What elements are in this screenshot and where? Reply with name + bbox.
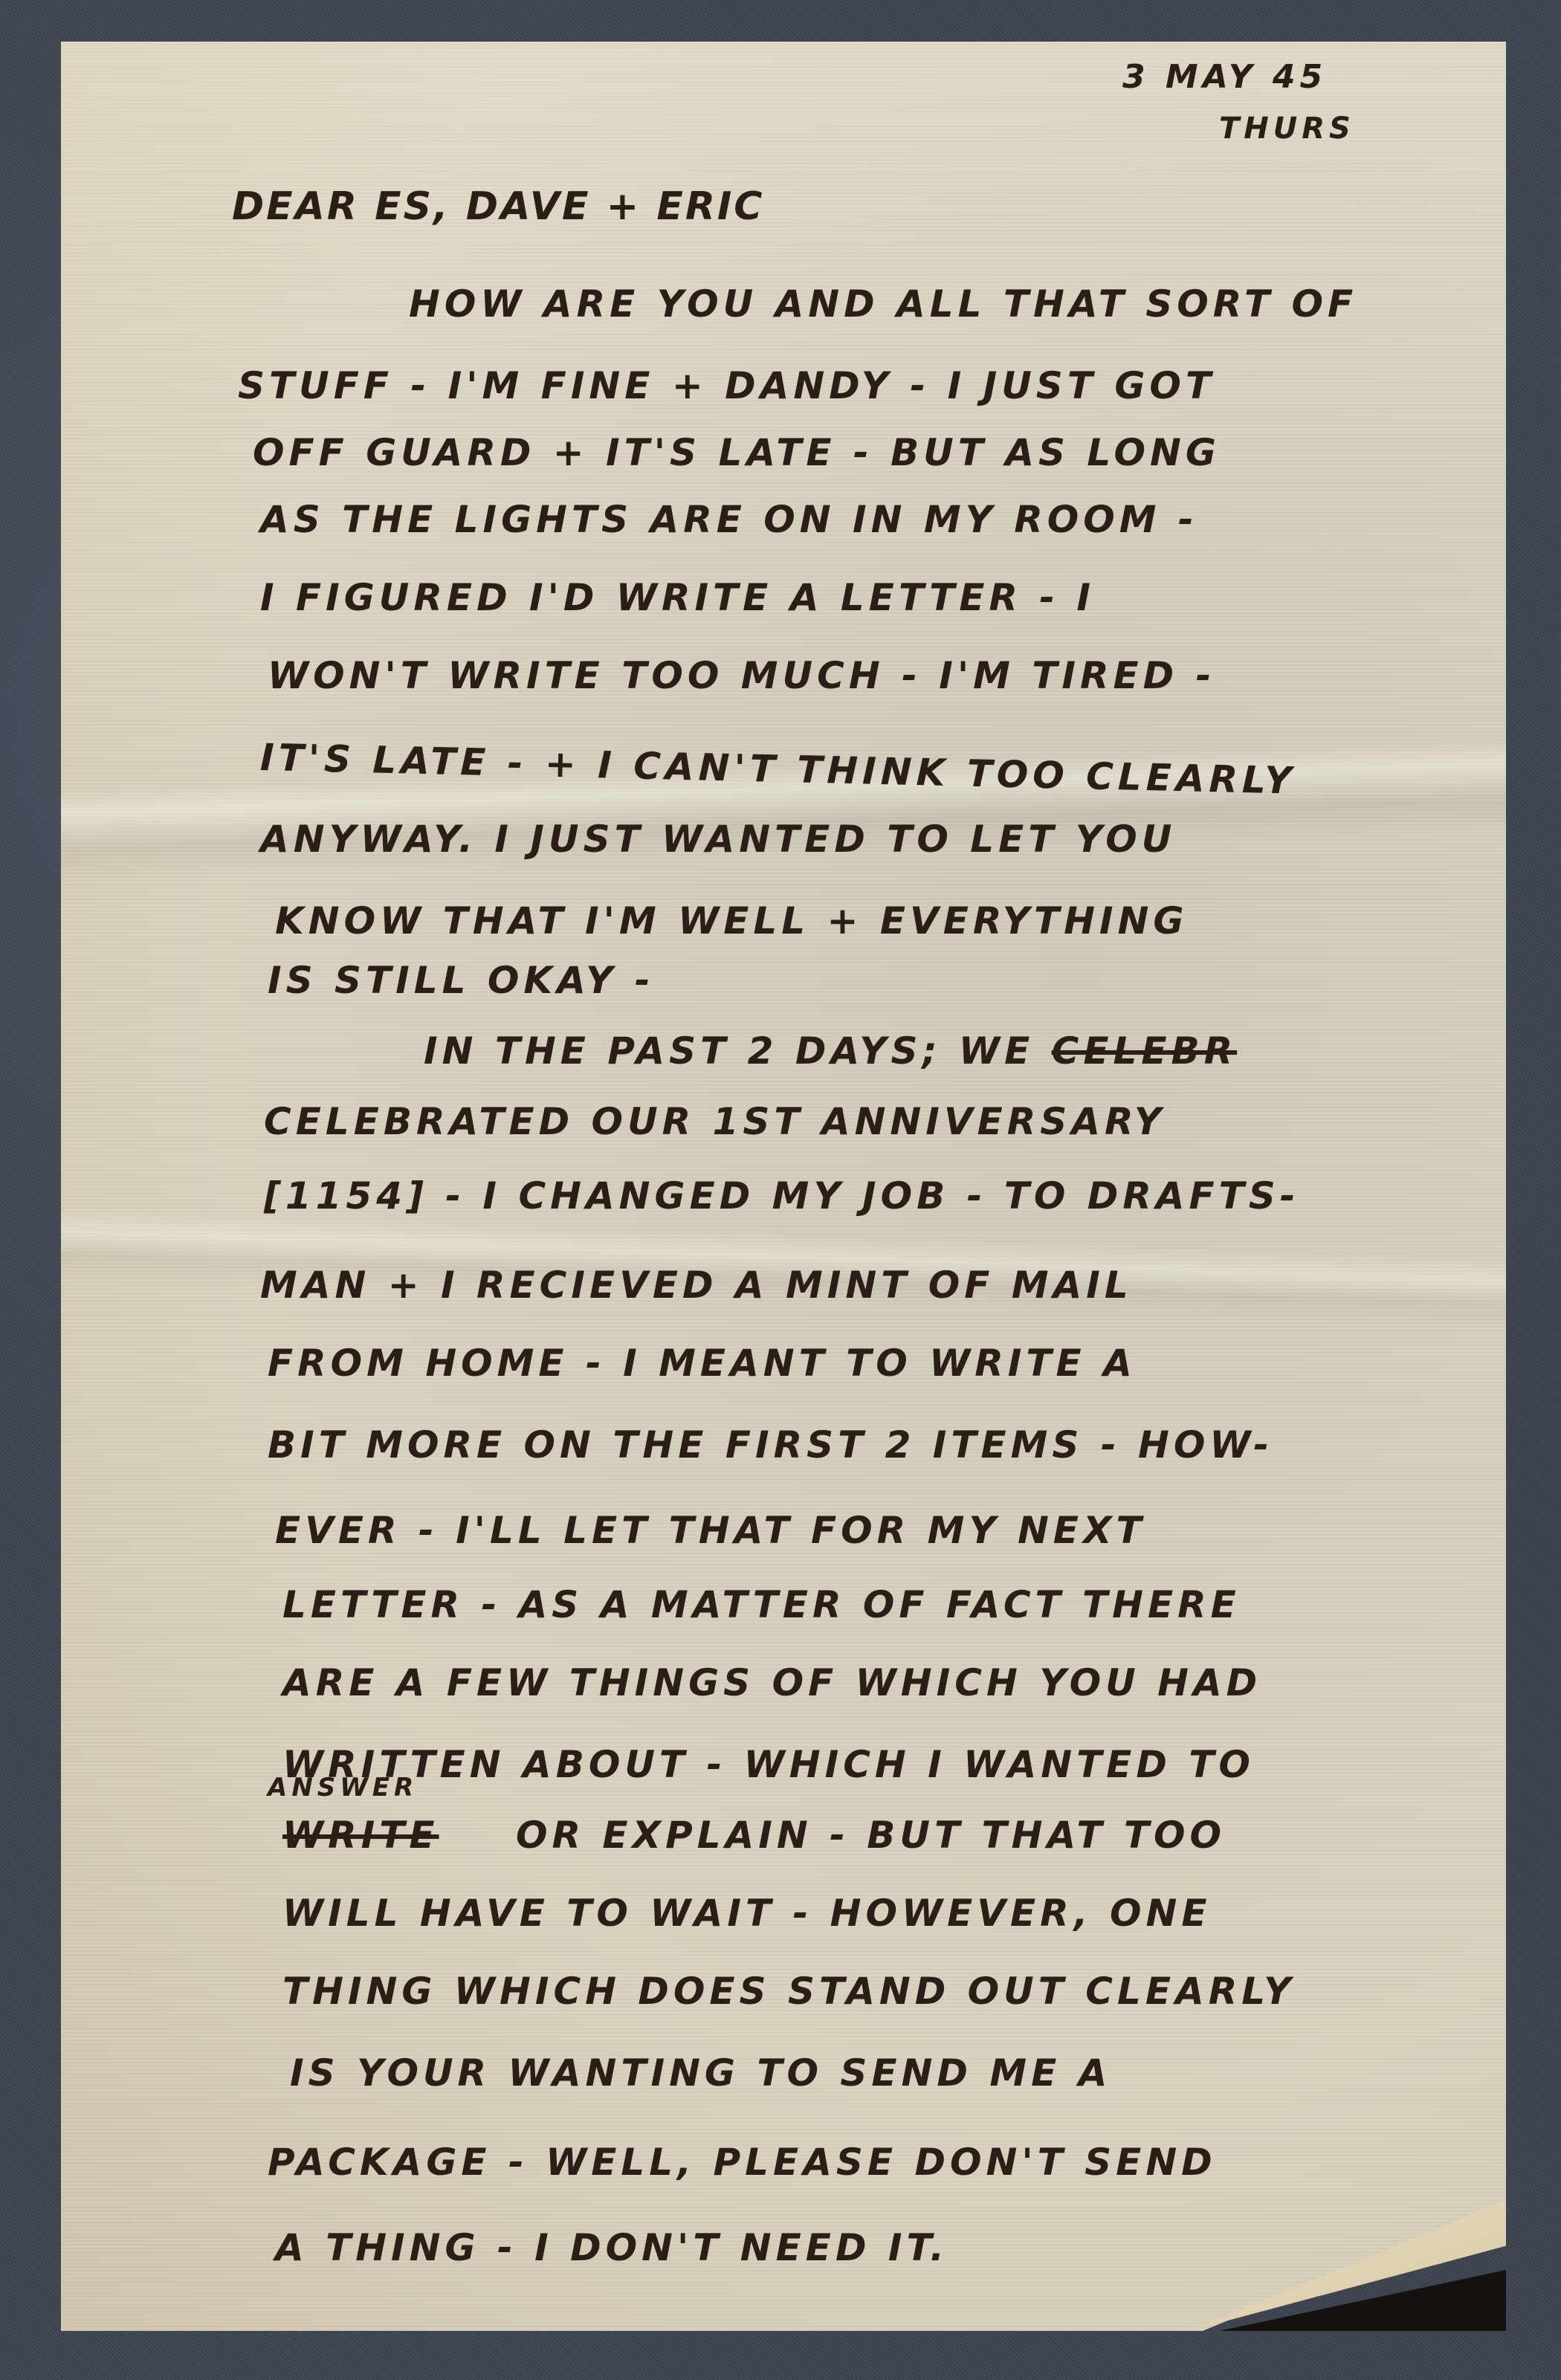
letter-line: will have to wait - However, one — [282, 1892, 1212, 1935]
letter-line: ever - I'll let that for my next — [275, 1509, 1146, 1552]
letter-line: is your wanting to send me a — [290, 2051, 1111, 2095]
letter-line: letter - As a matter of fact there — [282, 1583, 1241, 1626]
letter-line: How are you and all that sort of — [409, 282, 1357, 326]
inserted-word: answer — [268, 1773, 418, 1802]
struck-word: celebr — [1052, 1029, 1237, 1073]
salutation: Dear Es, Dave + Eric — [232, 184, 764, 229]
letter-line: celebrated our 1st anniversary — [264, 1100, 1166, 1143]
letter-line: man + I recieved a mint of mail — [260, 1264, 1133, 1307]
letter-line: from home - I meant to write a — [268, 1342, 1137, 1385]
letter-line: package - Well, please don't send — [268, 2141, 1217, 2184]
letter-line: off guard + it's late - But as long — [253, 431, 1221, 474]
letter-line: written about - which I wanted to — [282, 1743, 1255, 1786]
line-text: or explain - But that too — [516, 1814, 1226, 1857]
letter-line: write or explain - But that too — [282, 1814, 1226, 1857]
letter-line: know that I'm well + everything — [275, 899, 1188, 942]
letter-line: won't write too much - I'm tired - — [268, 654, 1215, 697]
letter-line: a thing - I don't need it. — [275, 2226, 948, 2269]
letter-line: are a few things of which you had — [282, 1661, 1261, 1704]
letter-line: stuff - I'm fine + dandy - I just got — [238, 364, 1215, 407]
letter-line: [1154] - I changed my job - to drafts- — [264, 1174, 1300, 1218]
letter-line: is still okay - — [268, 959, 654, 1002]
letter-line: I figured I'd write a letter - I — [260, 576, 1095, 619]
letter-line: thing which does stand out clearly — [282, 1970, 1295, 2013]
struck-word: write — [282, 1814, 439, 1857]
letter-date: 3 May 45 — [1122, 58, 1327, 96]
letter-day: Thurs — [1219, 111, 1355, 146]
letter-line: In the past 2 days; we celebr — [424, 1029, 1237, 1073]
letter-line: anyway. I just wanted to let you — [260, 818, 1176, 861]
line-text: In the past 2 days; we — [424, 1029, 1034, 1073]
letter-line: bit more on the first 2 items - How- — [268, 1423, 1273, 1467]
letter-line: as the lights are on in my room - — [260, 498, 1198, 541]
